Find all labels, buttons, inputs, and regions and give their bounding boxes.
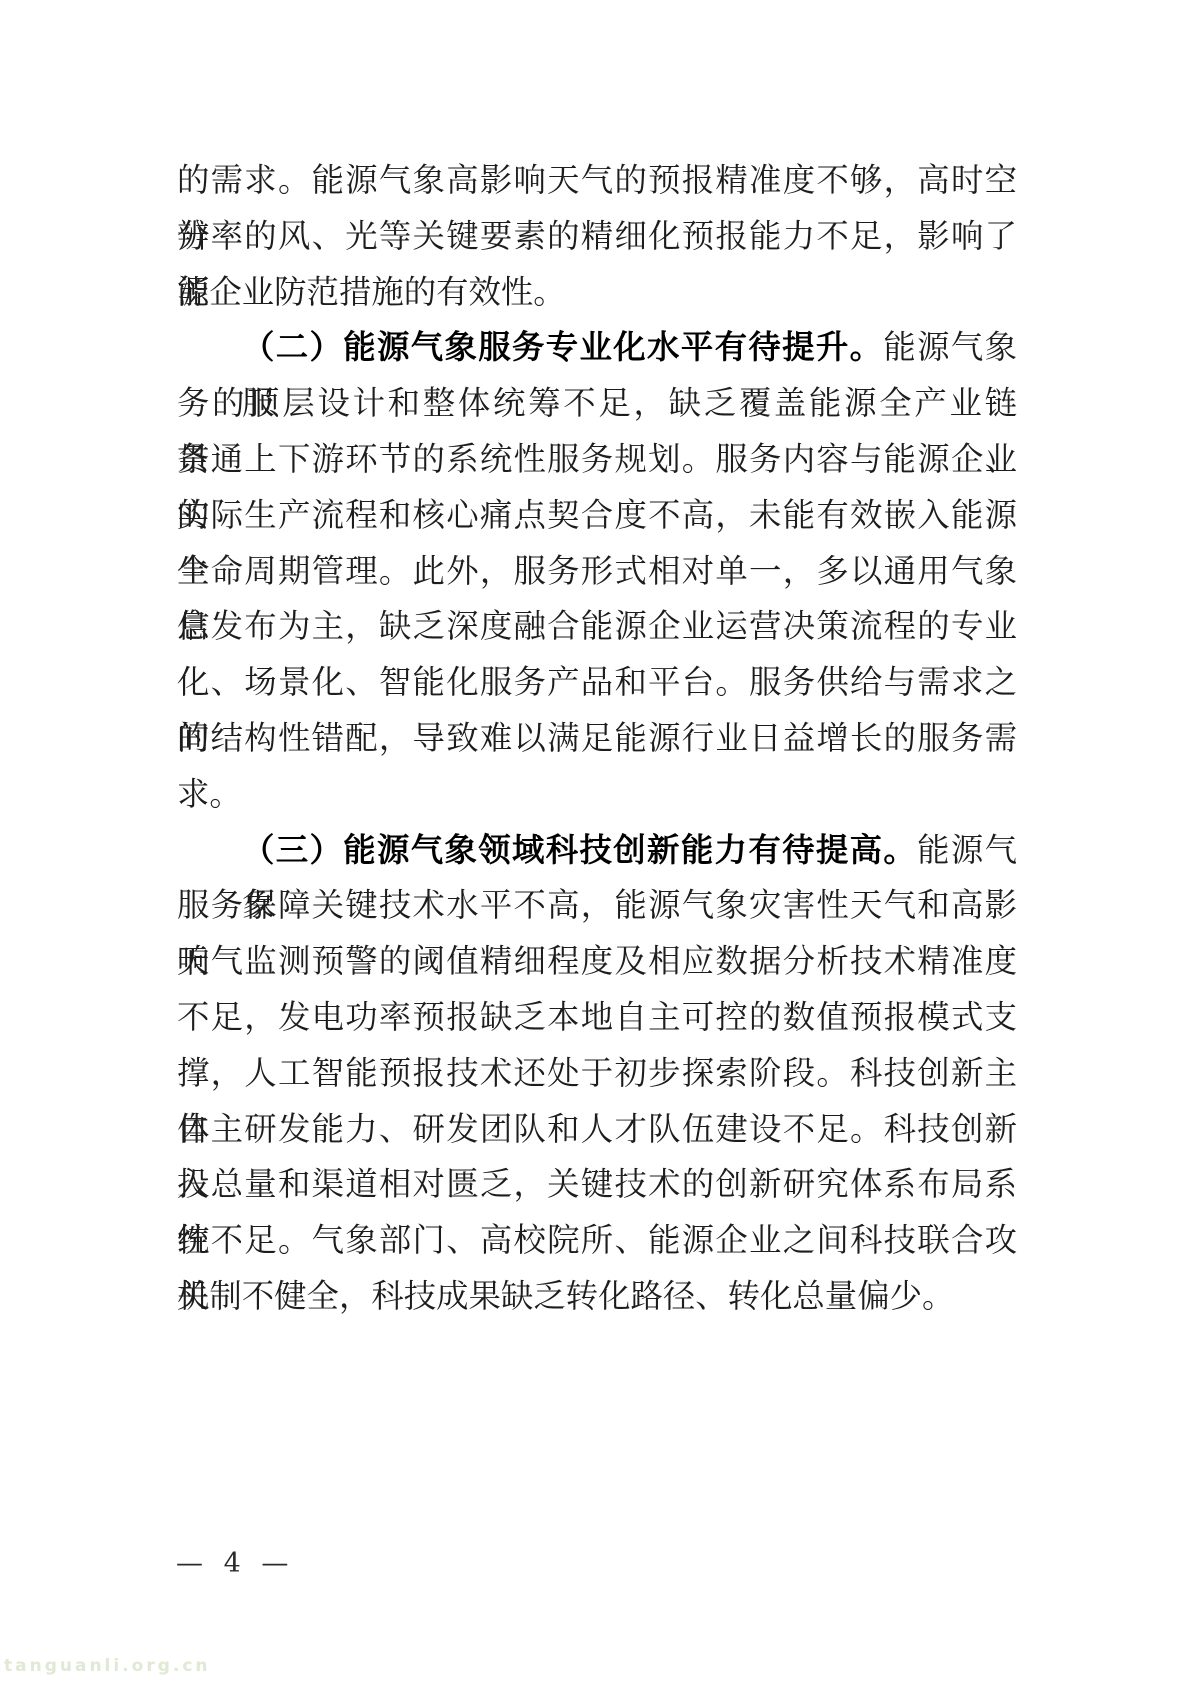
text-line: 服务保障关键技术水平不高，能源气象灾害性天气和高影响	[177, 878, 1017, 934]
text-line: 机制不健全，科技成果缺乏转化路径、转化总量偏少。	[177, 1269, 1017, 1325]
body-text: 求。	[177, 775, 242, 813]
text-line: 生命周期管理。此外，服务形式相对单一，多以通用气象信	[177, 544, 1017, 600]
document-page: { "document": { "lines": [ { "bold": "",…	[0, 0, 1190, 1683]
text-line: 的需求。能源气象高影响天气的预报精准度不够，高时空分	[177, 153, 1017, 209]
body-text: 的结构性错配，导致难以满足能源行业日益增长的服务需	[177, 719, 1017, 757]
text-line: 实际生产流程和核心痛点契合度不高，未能有效嵌入能源全	[177, 488, 1017, 544]
text-line: 自主研发能力、研发团队和人才队伍建设不足。科技创新投	[177, 1102, 1017, 1158]
text-line: 化、场景化、智能化服务产品和平台。服务供给与需求之间	[177, 655, 1017, 711]
text-line: 求。	[177, 767, 1017, 823]
text-line: 入总量和渠道相对匮乏，关键技术的创新研究体系布局系统	[177, 1157, 1017, 1213]
text-line: 的结构性错配，导致难以满足能源行业日益增长的服务需	[177, 711, 1017, 767]
section-heading-text: （二）能源气象服务专业化水平有待提升。	[242, 328, 883, 366]
text-line: 不足，发电功率预报缺乏本地自主可控的数值预报模式支	[177, 990, 1017, 1046]
document-text-block: 的需求。能源气象高影响天气的预报精准度不够，高时空分 辨率的风、光等关键要素的精…	[177, 153, 1017, 1325]
text-line: 息发布为主，缺乏深度融合能源企业运营决策流程的专业	[177, 599, 1017, 655]
page-number: — 4 —	[176, 1548, 294, 1579]
body-text: 息发布为主，缺乏深度融合能源企业运营决策流程的专业	[177, 607, 1017, 645]
body-text: 源企业防范措施的有效性。	[177, 273, 566, 311]
text-line: 性不足。气象部门、高校院所、能源企业之间科技联合攻关	[177, 1213, 1017, 1269]
text-line: 源企业防范措施的有效性。	[177, 265, 1017, 321]
text-line: 辨率的风、光等关键要素的精细化预报能力不足，影响了能	[177, 209, 1017, 265]
watermark-text: tanguanli.org.cn	[4, 1656, 211, 1676]
text-line section-heading-line: （三）能源气象领域科技创新能力有待提高。能源气象	[177, 823, 1017, 879]
text-line: 贯通上下游环节的系统性服务规划。服务内容与能源企业的	[177, 432, 1017, 488]
body-text: 机制不健全，科技成果缺乏转化路径、转化总量偏少。	[177, 1277, 954, 1315]
text-line section-heading-line: （二）能源气象服务专业化水平有待提升。能源气象服	[177, 320, 1017, 376]
text-line: 撑，人工智能预报技术还处于初步探索阶段。科技创新主体	[177, 1046, 1017, 1102]
text-line: 务的顶层设计和整体统筹不足，缺乏覆盖能源全产业链条、	[177, 376, 1017, 432]
body-text: 不足，发电功率预报缺乏本地自主可控的数值预报模式支	[177, 998, 1017, 1036]
section-heading-text: （三）能源气象领域科技创新能力有待提高。	[242, 831, 917, 869]
text-line: 天气监测预警的阈值精细程度及相应数据分析技术精准度	[177, 934, 1017, 990]
body-text: 天气监测预警的阈值精细程度及相应数据分析技术精准度	[177, 942, 1017, 980]
